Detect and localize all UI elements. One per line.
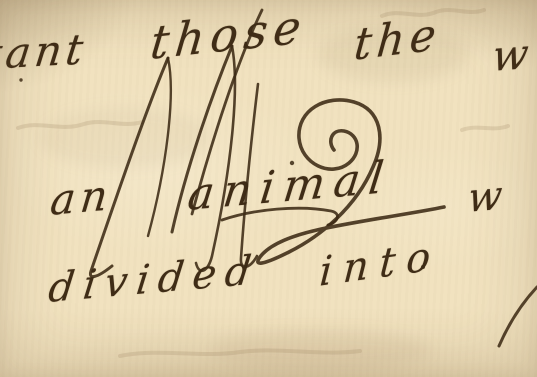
word-those: those xyxy=(148,0,310,70)
partial-letter-stroke xyxy=(499,287,537,346)
paper-stain xyxy=(210,330,430,370)
ink-dots xyxy=(19,78,425,269)
word-an: an xyxy=(48,170,115,225)
numeral-2-annotation xyxy=(258,100,444,263)
word-the: the xyxy=(352,8,443,71)
word-divided: divided xyxy=(46,247,263,312)
word-w-clipped: w xyxy=(466,172,504,222)
strikethrough-strokes xyxy=(90,10,337,277)
ghost-writing xyxy=(18,10,508,356)
word-into: into xyxy=(318,232,443,296)
paper-stain xyxy=(318,28,468,82)
word-w-clipped: w xyxy=(490,29,531,81)
paper-stain xyxy=(40,108,210,168)
ink-strokes-overlay xyxy=(0,0,537,377)
manuscript-page: tant those the w an animal w divided int… xyxy=(0,0,537,377)
word-animal: animal xyxy=(185,151,395,221)
word-tant: tant xyxy=(0,24,90,79)
